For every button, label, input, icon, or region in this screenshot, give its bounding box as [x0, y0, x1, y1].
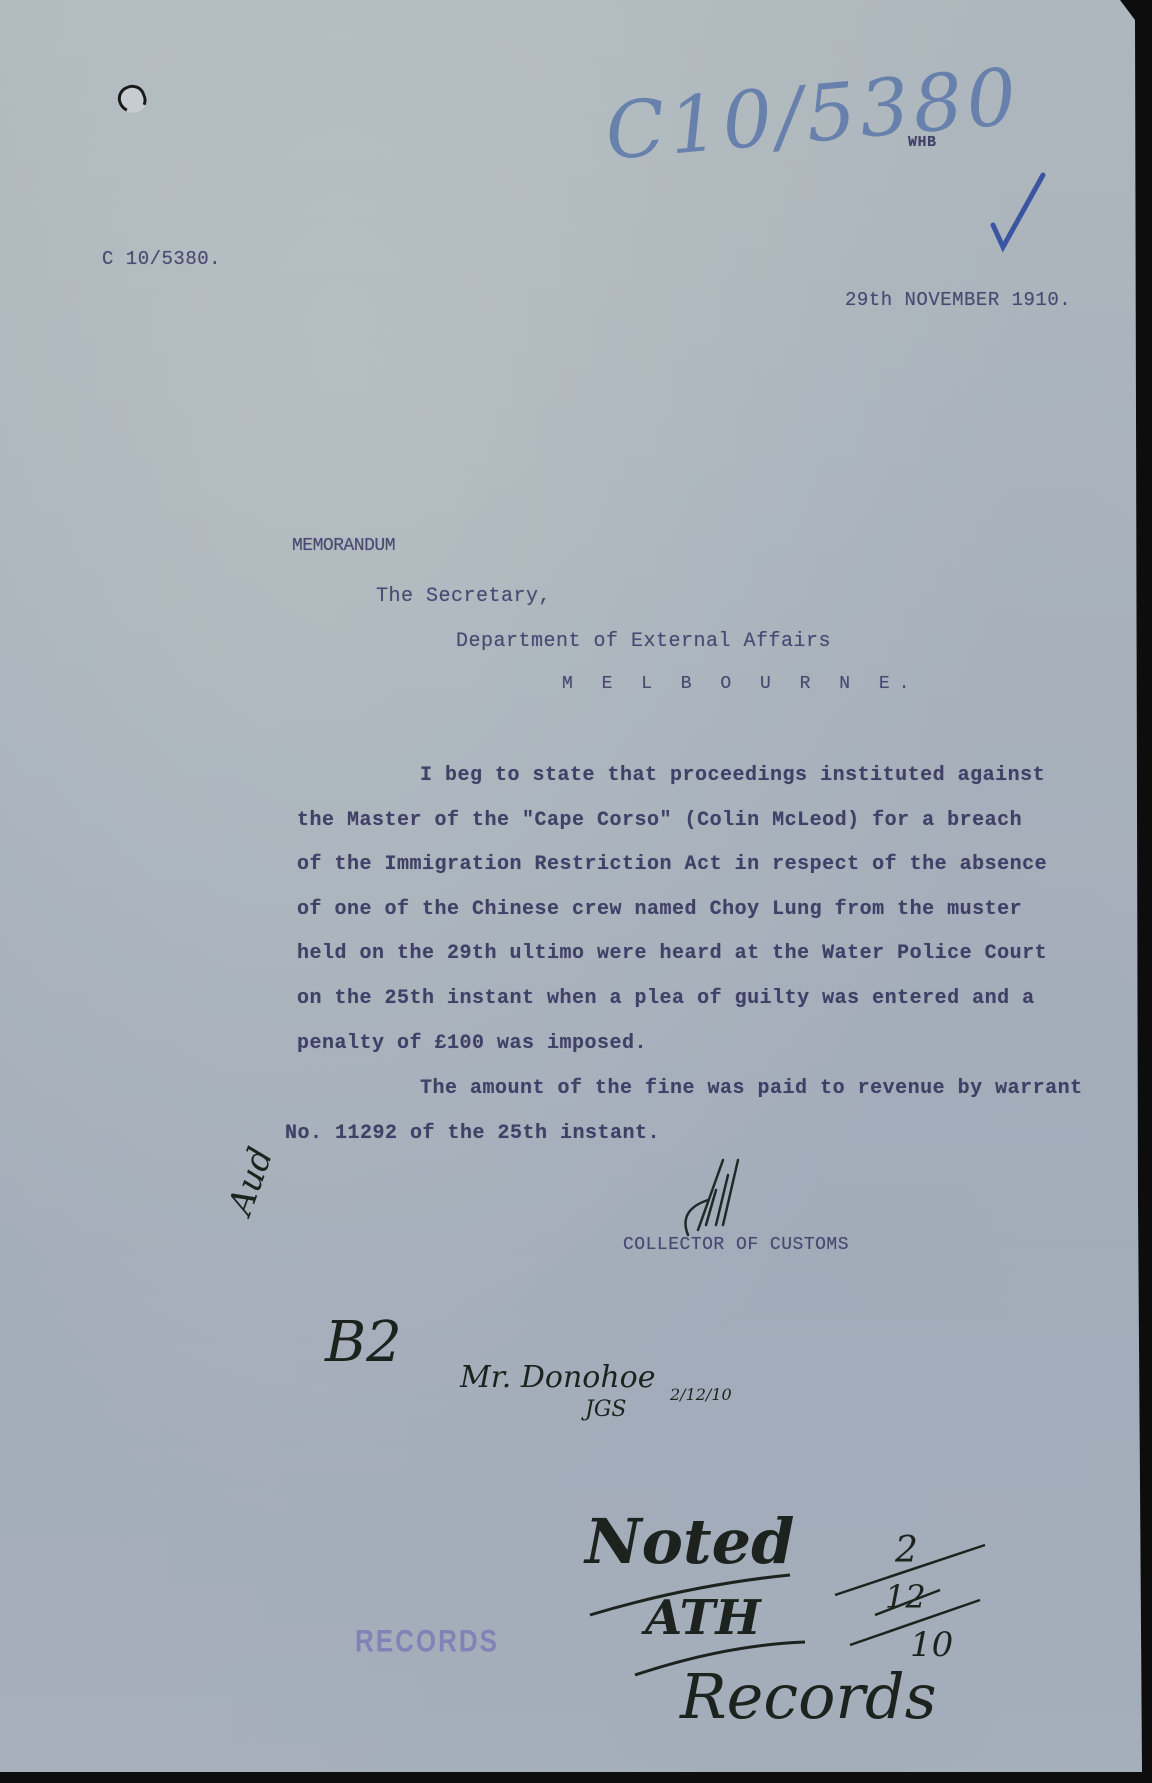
- body-line: on the 25th instant when a plea of guilt…: [297, 987, 1035, 1010]
- collector-signature: [668, 1155, 758, 1245]
- noted-date-year: 10: [910, 1625, 953, 1665]
- addressee-title: The Secretary,: [376, 585, 551, 608]
- memo-date: 29th NOVEMBER 1910.: [845, 289, 1071, 311]
- body-line: No. 11292 of the 25th instant.: [285, 1122, 660, 1145]
- noted-date-month: 12: [885, 1578, 926, 1616]
- body-line: The amount of the fine was paid to reven…: [420, 1077, 1083, 1100]
- body-line: penalty of £100 was imposed.: [297, 1032, 647, 1055]
- referral-initials: JGS: [585, 1397, 626, 1422]
- signatory-title: COLLECTOR OF CUSTOMS: [623, 1235, 849, 1255]
- body-line: I beg to state that proceedings institut…: [420, 764, 1045, 787]
- memo-heading: MEMORANDUM: [292, 536, 395, 556]
- addressee-department: Department of External Affairs: [456, 630, 831, 653]
- referral-date: 2/12/10: [670, 1385, 732, 1404]
- body-line: held on the 29th ultimo were heard at th…: [297, 942, 1047, 965]
- body-line: of one of the Chinese crew named Choy Lu…: [297, 898, 1022, 921]
- records-annotation: Records: [680, 1660, 937, 1733]
- records-stamp: RECORDS: [355, 1623, 499, 1660]
- addressee-city: M E L B O U R N E.: [562, 674, 918, 694]
- referral-annotation: Mr. Donohoe: [460, 1360, 655, 1395]
- body-line: the Master of the "Cape Corso" (Colin Mc…: [297, 809, 1022, 832]
- body-line: of the Immigration Restriction Act in re…: [297, 853, 1047, 876]
- file-reference: C 10/5380.: [102, 248, 221, 270]
- checkmark-icon: [985, 170, 1045, 250]
- b2-annotation: B2: [325, 1310, 402, 1375]
- initials-stamp: WHB: [908, 134, 937, 151]
